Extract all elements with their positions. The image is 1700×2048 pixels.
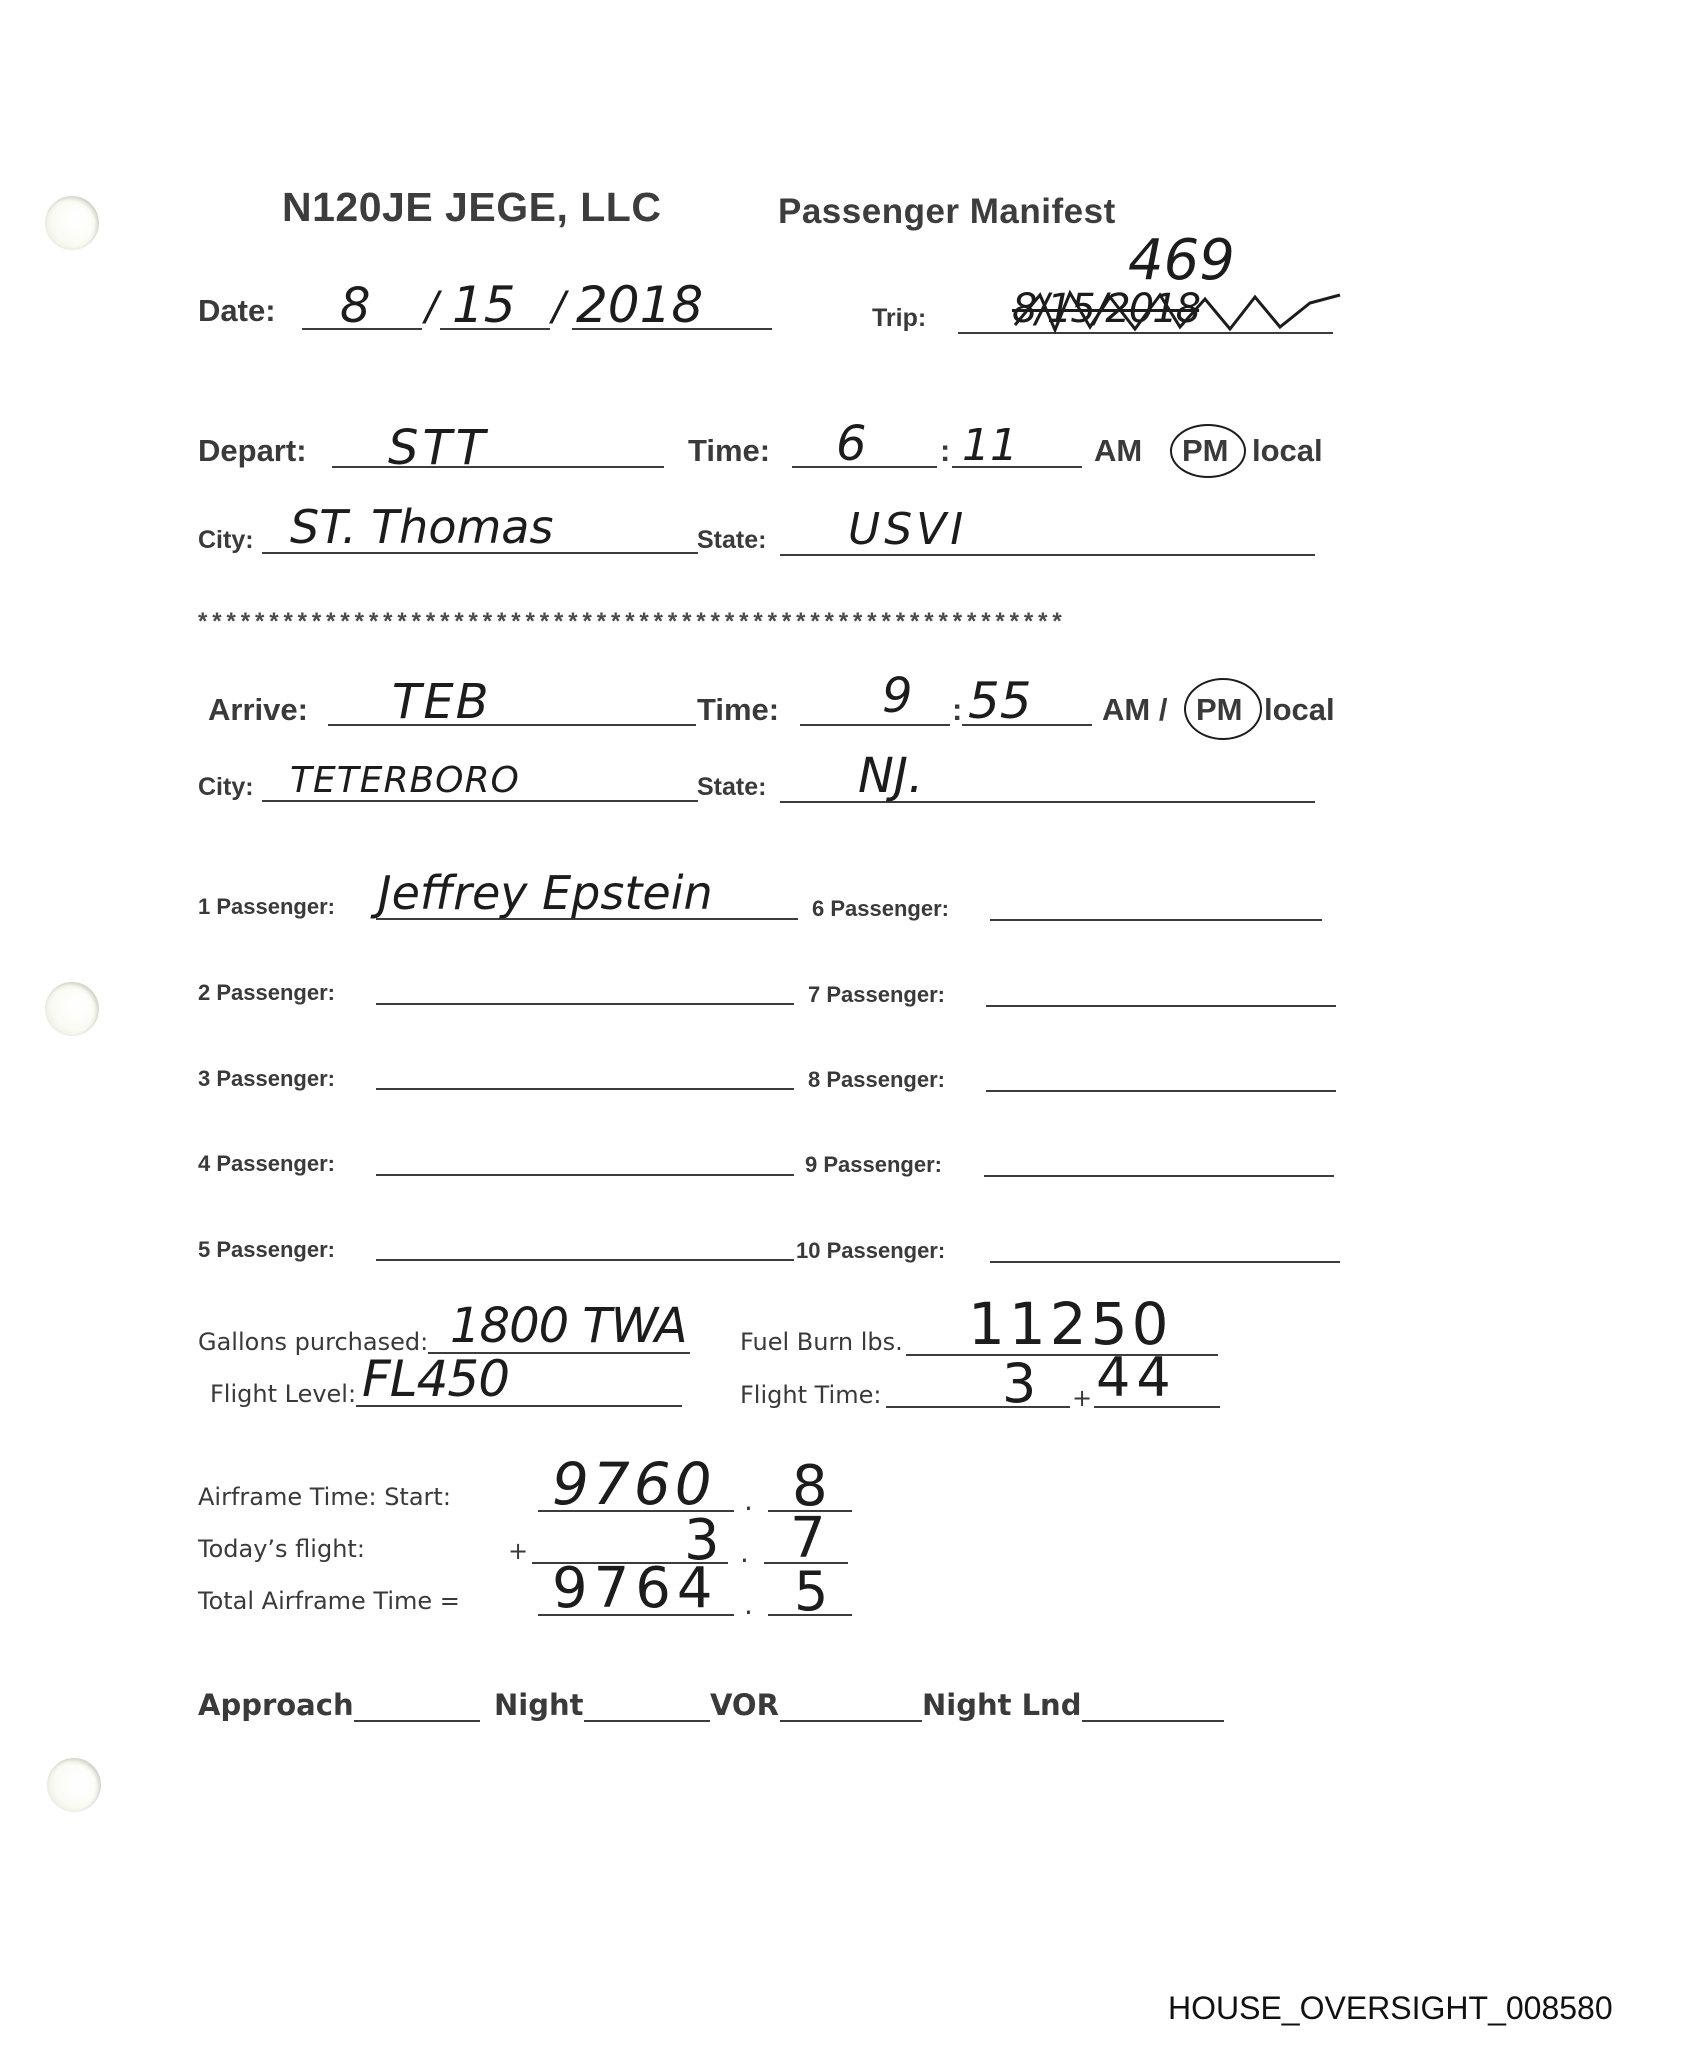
depart-am-option[interactable]: AM (1094, 433, 1142, 469)
passenger-5-label: 5 Passenger: (198, 1237, 335, 1263)
bates-number: HOUSE_OVERSIGHT_008580 (1168, 1990, 1613, 2027)
total-airframe-label: Total Airframe Time = (198, 1587, 460, 1615)
arrive-label: Arrive: (208, 692, 308, 728)
depart-local-label: local (1252, 433, 1323, 469)
approach-label: Approach (198, 1688, 354, 1722)
depart-airport-value: STT (388, 420, 489, 476)
airframe-start-label: Airframe Time: Start: (198, 1483, 451, 1511)
vor-field[interactable] (780, 1720, 922, 1722)
trip-value: 469 (1128, 228, 1235, 293)
trip-label: Trip: (872, 304, 926, 333)
date-year-value: 2018 (576, 276, 703, 334)
depart-pm-selected-circle (1170, 424, 1246, 478)
flight-time-minutes-value: 44 (1096, 1346, 1177, 1409)
night-label: Night (494, 1688, 583, 1722)
trip-scribble-mark (1010, 285, 1350, 345)
punch-hole-middle (45, 982, 99, 1036)
passenger-6-label: 6 Passenger: (812, 896, 949, 922)
todays-flight-label: Today’s flight: (198, 1535, 365, 1563)
company-title: N120JE JEGE, LLC (282, 184, 661, 231)
date-day-value: 15 (452, 276, 516, 334)
passenger-3-label: 3 Passenger: (198, 1066, 335, 1092)
passenger-4-field[interactable] (376, 1174, 794, 1176)
night-lnd-field[interactable] (1082, 1720, 1224, 1722)
depart-airport-field[interactable] (332, 466, 664, 468)
night-lnd-label: Night Lnd (922, 1688, 1081, 1722)
arrive-hour-field[interactable] (800, 724, 950, 726)
date-separator-2: / (552, 284, 565, 330)
passenger-1-label: 1 Passenger: (198, 894, 335, 920)
arrive-time-label: Time: (697, 692, 779, 728)
arrive-city-value: TETERBORO (290, 760, 520, 801)
passenger-4-label: 4 Passenger: (198, 1151, 335, 1177)
todays-flight-plus: + (508, 1537, 528, 1565)
punch-hole-bottom (47, 1758, 101, 1812)
total-airframe-tenth-value: 5 (794, 1560, 828, 1623)
vor-label: VOR (710, 1688, 779, 1722)
passenger-7-field[interactable] (986, 1005, 1336, 1007)
flight-level-label: Flight Level: (210, 1380, 356, 1408)
punch-hole-top (45, 196, 99, 250)
airframe-start-dot: . (744, 1484, 753, 1517)
depart-city-label: City: (198, 526, 254, 555)
total-airframe-whole-value: 9764 (552, 1556, 719, 1621)
arrive-hour-value: 9 (882, 668, 913, 724)
passenger-10-label: 10 Passenger: (796, 1238, 945, 1264)
arrive-state-value: NJ. (858, 748, 923, 804)
arrive-airport-value: TEB (392, 674, 491, 730)
flight-level-value: FL450 (362, 1350, 509, 1408)
passenger-9-field[interactable] (984, 1175, 1334, 1177)
depart-time-label: Time: (688, 433, 770, 469)
section-divider: ****************************************… (198, 608, 1067, 636)
passenger-8-label: 8 Passenger: (808, 1067, 945, 1093)
date-month-value: 8 (340, 278, 371, 334)
passenger-1-name: Jeffrey Epstein (378, 866, 713, 920)
arrive-airport-field[interactable] (328, 724, 696, 726)
passenger-9-label: 9 Passenger: (805, 1152, 942, 1178)
depart-minute-value: 11 (962, 420, 1018, 471)
total-airframe-dot: . (744, 1588, 753, 1621)
depart-city-value: ST. Thomas (290, 500, 553, 554)
arrive-time-colon: : (952, 692, 962, 728)
depart-hour-value: 6 (836, 416, 867, 472)
arrive-pm-selected-circle (1184, 678, 1262, 740)
arrive-am-option[interactable]: AM / (1102, 692, 1167, 728)
passenger-8-field[interactable] (986, 1090, 1336, 1092)
passenger-5-field[interactable] (376, 1259, 794, 1261)
passenger-2-field[interactable] (376, 1003, 794, 1005)
flight-time-hours-field[interactable] (886, 1406, 1070, 1408)
form-title: Passenger Manifest (778, 192, 1116, 232)
depart-state-value: USVI (848, 504, 967, 555)
date-separator-1: / (425, 284, 438, 330)
night-field[interactable] (584, 1720, 710, 1722)
passenger-6-field[interactable] (990, 919, 1322, 921)
flight-time-hours-value: 3 (1002, 1352, 1036, 1415)
flight-time-plus: + (1072, 1384, 1092, 1412)
depart-label: Depart: (198, 433, 307, 469)
fuel-burn-label: Fuel Burn lbs. (740, 1328, 903, 1356)
todays-flight-dot: . (740, 1536, 749, 1569)
flight-time-label: Flight Time: (740, 1381, 881, 1409)
arrive-city-label: City: (198, 773, 254, 802)
arrive-local-label: local (1264, 692, 1335, 728)
passenger-7-label: 7 Passenger: (808, 982, 945, 1008)
approach-field[interactable] (354, 1720, 480, 1722)
passenger-10-field[interactable] (990, 1261, 1340, 1263)
date-label: Date: (198, 293, 276, 329)
passenger-2-label: 2 Passenger: (198, 980, 335, 1006)
gallons-purchased-value: 1800 TWA (450, 1298, 687, 1354)
passenger-3-field[interactable] (376, 1088, 794, 1090)
depart-state-label: State: (697, 526, 766, 555)
arrive-minute-value: 55 (968, 672, 1032, 730)
arrive-state-label: State: (697, 773, 766, 802)
depart-time-colon: : (940, 433, 950, 469)
